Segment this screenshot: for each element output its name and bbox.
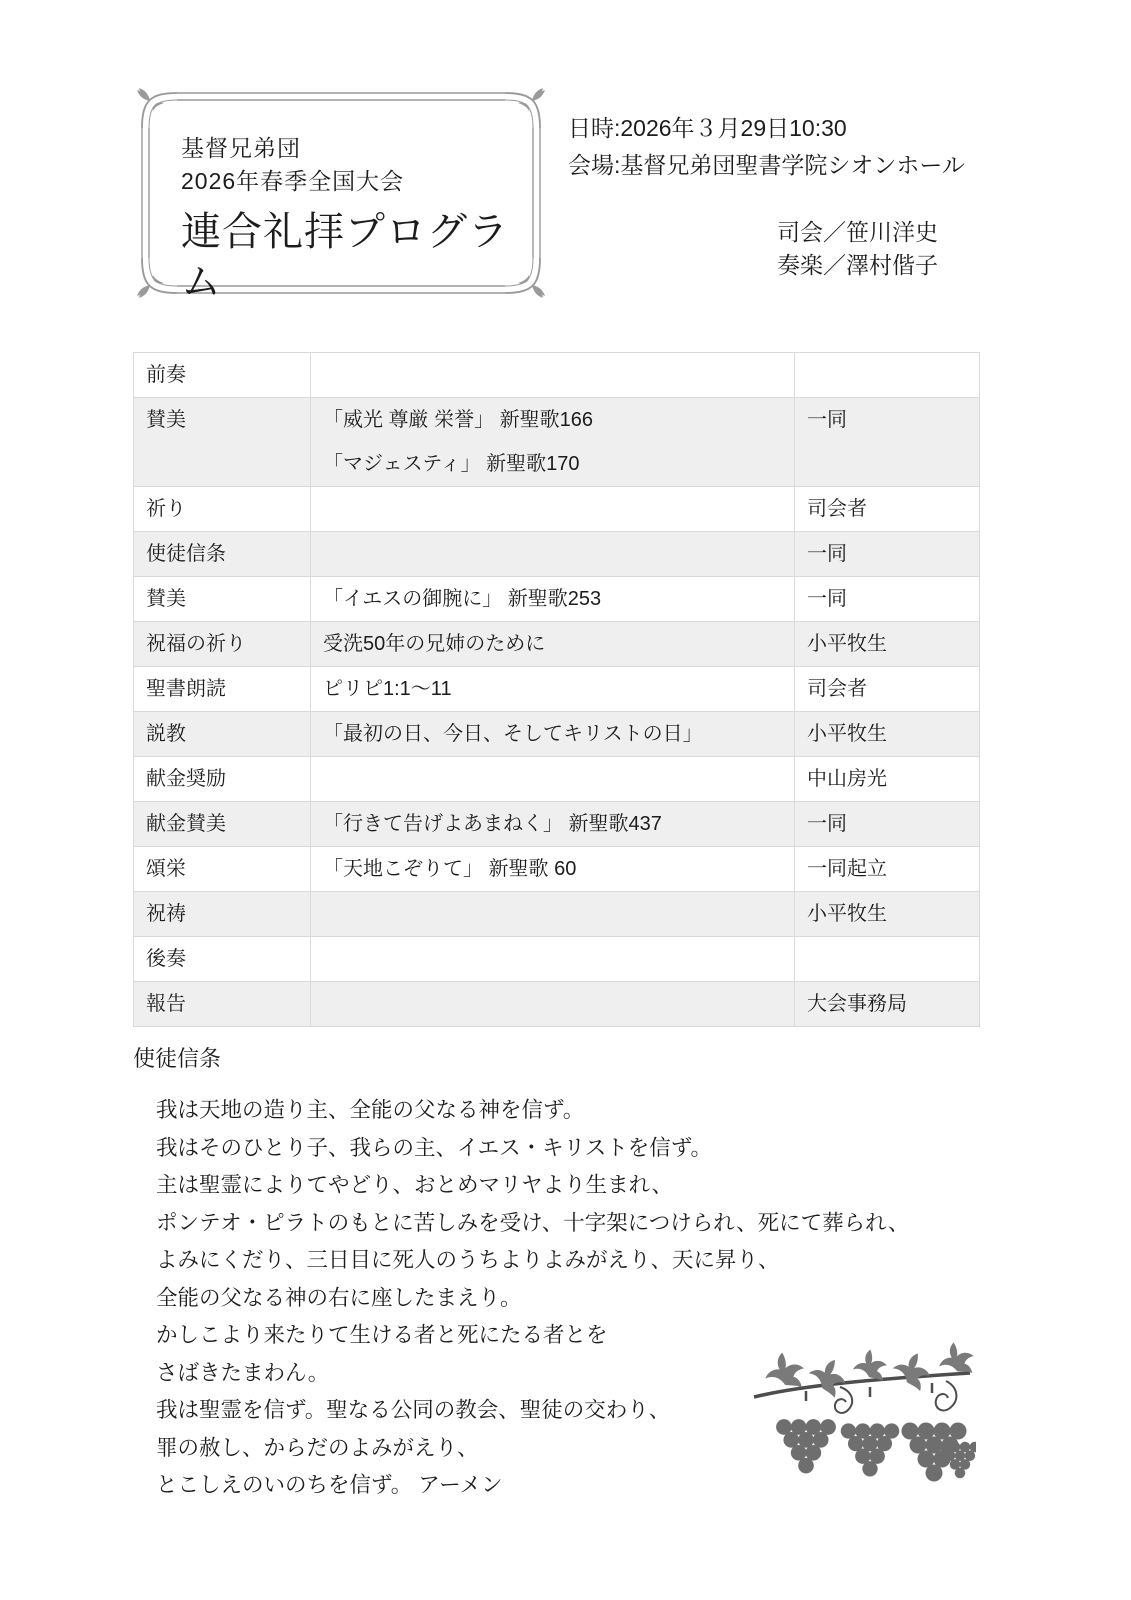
program-item: 使徒信条 — [134, 532, 311, 577]
service-roles: 司会／笹川洋史 奏楽／澤村偕子 — [777, 216, 938, 282]
program-table-wrap: 前奏 賛美 「威光 尊厳 栄誉」 新聖歌166「マジェスティ」 新聖歌170 一… — [133, 352, 980, 1027]
organist-name: 奏楽／澤村偕子 — [777, 249, 938, 282]
program-item: 祝福の祈り — [134, 622, 311, 667]
creed-line: ポンテオ・ピラトのもとに苦しみを受け、十字架につけられ、死にて葬られ、 — [156, 1205, 909, 1243]
event-datetime: 日時:2026年３月29日10:30 — [568, 110, 965, 147]
program-detail-cell: 「威光 尊厳 栄誉」 新聖歌166「マジェスティ」 新聖歌170 — [311, 398, 795, 487]
program-row: 賛美 「イエスの御腕に」 新聖歌253 一同 — [134, 577, 980, 622]
program-detail-cell: 「イエスの御腕に」 新聖歌253 — [311, 577, 795, 622]
program-who: 大会事務局 — [795, 982, 980, 1027]
program-detail-cell — [311, 757, 795, 802]
program-row: 報告 大会事務局 — [134, 982, 980, 1027]
program-detail-cell: 「最初の日、今日、そしてキリストの日」 — [311, 712, 795, 757]
program-row: 祝福の祈り 受洗50年の兄姉のために 小平牧生 — [134, 622, 980, 667]
program-row: 後奏 — [134, 937, 980, 982]
program-item: 頌栄 — [134, 847, 311, 892]
program-row: 聖書朗読 ピリピ1:1～11 司会者 — [134, 667, 980, 712]
program-detail-cell: ピリピ1:1～11 — [311, 667, 795, 712]
creed-line: 主は聖霊によりてやどり、おとめマリヤより生まれ、 — [156, 1167, 909, 1205]
program-table-body: 前奏 賛美 「威光 尊厳 栄誉」 新聖歌166「マジェスティ」 新聖歌170 一… — [134, 353, 980, 1027]
program-item: 前奏 — [134, 353, 311, 398]
program-who: 司会者 — [795, 667, 980, 712]
program-who — [795, 353, 980, 398]
event-name: 2026年春季全国大会 — [181, 165, 545, 198]
program-who: 中山房光 — [795, 757, 980, 802]
program-item: 賛美 — [134, 398, 311, 487]
program-detail: 「マジェスティ」 新聖歌170 — [323, 442, 782, 486]
event-venue: 会場:基督兄弟団聖書学院シオンホール — [568, 147, 965, 184]
program-item: 祝祷 — [134, 892, 311, 937]
program-who: 一同 — [795, 532, 980, 577]
program-who: 一同 — [795, 398, 980, 487]
program-row: 使徒信条 一同 — [134, 532, 980, 577]
program-row: 説教 「最初の日、今日、そしてキリストの日」 小平牧生 — [134, 712, 980, 757]
grapevine-icon — [748, 1335, 976, 1495]
program-detail: 「イエスの御腕に」 新聖歌253 — [323, 577, 782, 621]
program-row: 前奏 — [134, 353, 980, 398]
program-item: 献金奨励 — [134, 757, 311, 802]
page-title: 連合礼拝プログラム — [181, 207, 545, 307]
program-row: 祝祷 小平牧生 — [134, 892, 980, 937]
program-detail: 「行きて告げよあまねく」 新聖歌437 — [323, 802, 782, 846]
creed-line: よみにくだり、三日目に死人のうちよりよみがえり、天に昇り、 — [156, 1242, 909, 1280]
program-who — [795, 937, 980, 982]
creed-line: 全能の父なる神の右に座したまえり。 — [156, 1280, 909, 1318]
program-item: 祈り — [134, 487, 311, 532]
program-who: 司会者 — [795, 487, 980, 532]
program-item: 後奏 — [134, 937, 311, 982]
program-detail-cell: 受洗50年の兄姉のために — [311, 622, 795, 667]
program-detail: ピリピ1:1～11 — [323, 667, 782, 711]
program-detail-cell: 「行きて告げよあまねく」 新聖歌437 — [311, 802, 795, 847]
creed-line: 我はそのひとり子、我らの主、イエス・キリストを信ず。 — [156, 1130, 909, 1168]
program-who: 小平牧生 — [795, 712, 980, 757]
program-row: 賛美 「威光 尊厳 栄誉」 新聖歌166「マジェスティ」 新聖歌170 一同 — [134, 398, 980, 487]
program-detail-cell — [311, 353, 795, 398]
event-info: 日時:2026年３月29日10:30 会場:基督兄弟団聖書学院シオンホール — [568, 110, 965, 184]
program-detail-cell — [311, 982, 795, 1027]
program-item: 賛美 — [134, 577, 311, 622]
program-who: 小平牧生 — [795, 892, 980, 937]
program-item: 説教 — [134, 712, 311, 757]
program-detail-cell — [311, 937, 795, 982]
worship-program-page: 基督兄弟団 2026年春季全国大会 連合礼拝プログラム 日時:2026年３月29… — [0, 0, 1131, 1600]
program-detail-cell — [311, 487, 795, 532]
program-detail-cell — [311, 892, 795, 937]
program-detail: 「天地こぞりて」 新聖歌 60 — [323, 847, 782, 891]
program-row: 頌栄 「天地こぞりて」 新聖歌 60 一同起立 — [134, 847, 980, 892]
program-detail: 「威光 尊厳 栄誉」 新聖歌166 — [323, 398, 782, 442]
creed-heading: 使徒信条 — [133, 1042, 221, 1073]
program-item: 献金賛美 — [134, 802, 311, 847]
program-row: 献金賛美 「行きて告げよあまねく」 新聖歌437 一同 — [134, 802, 980, 847]
program-who: 一同 — [795, 577, 980, 622]
title-frame-text: 基督兄弟団 2026年春季全国大会 連合礼拝プログラム — [181, 132, 545, 307]
program-detail: 受洗50年の兄姉のために — [323, 622, 782, 666]
program-who: 一同起立 — [795, 847, 980, 892]
creed-line: 我は天地の造り主、全能の父なる神を信ず。 — [156, 1092, 909, 1130]
mc-name: 司会／笹川洋史 — [777, 216, 938, 249]
program-detail-cell — [311, 532, 795, 577]
program-item: 聖書朗読 — [134, 667, 311, 712]
organization-name: 基督兄弟団 — [181, 132, 545, 165]
title-frame: 基督兄弟団 2026年春季全国大会 連合礼拝プログラム — [137, 88, 545, 298]
program-detail: 「最初の日、今日、そしてキリストの日」 — [323, 712, 782, 756]
program-item: 報告 — [134, 982, 311, 1027]
program-row: 献金奨励 中山房光 — [134, 757, 980, 802]
program-who: 小平牧生 — [795, 622, 980, 667]
program-row: 祈り 司会者 — [134, 487, 980, 532]
program-detail-cell: 「天地こぞりて」 新聖歌 60 — [311, 847, 795, 892]
program-who: 一同 — [795, 802, 980, 847]
program-table: 前奏 賛美 「威光 尊厳 栄誉」 新聖歌166「マジェスティ」 新聖歌170 一… — [133, 352, 980, 1027]
